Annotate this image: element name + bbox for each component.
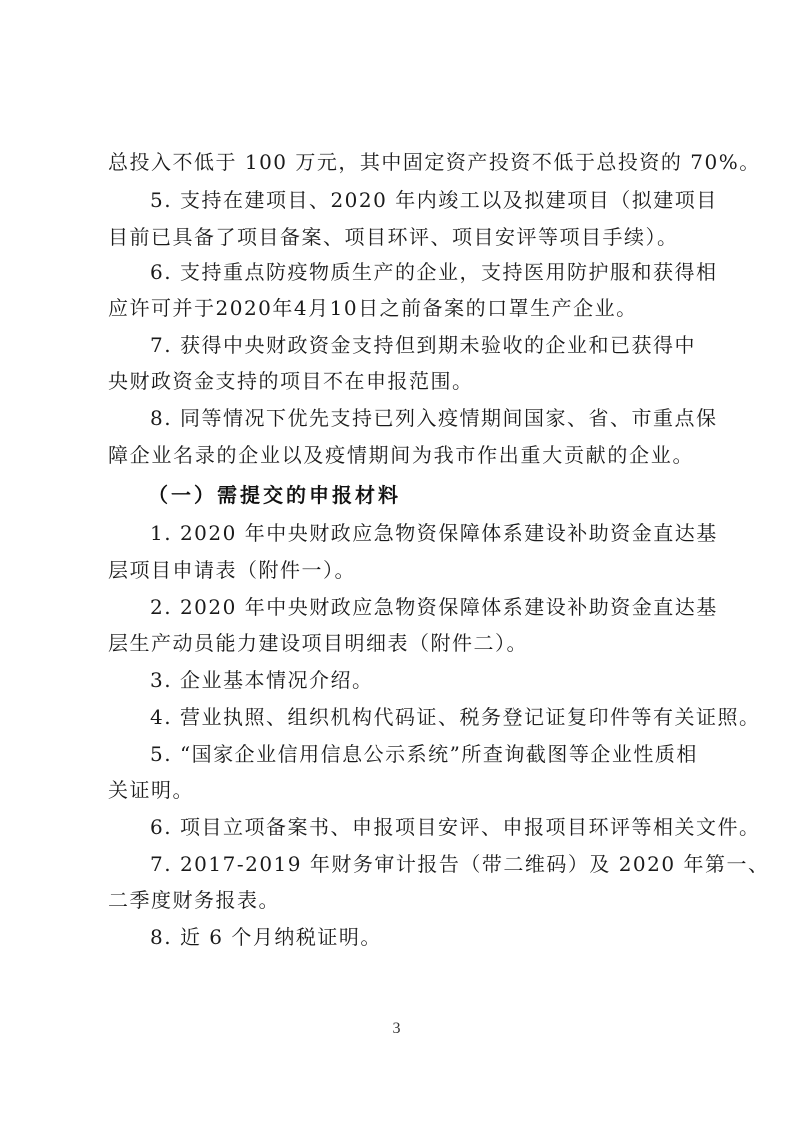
list-item-line: 二季度财务报表。 [108, 882, 694, 918]
document-page: 总投入不低于 100 万元，其中固定资产投资不低于总投资的 70%。 5. 支持… [0, 0, 793, 1122]
page-number: 3 [0, 1020, 793, 1038]
list-item-line: 6. 项目立项备案书、申报项目安评、申报项目环评等相关文件。 [150, 809, 694, 845]
section-heading: （一）需提交的申报材料 [148, 477, 401, 513]
paragraph-line: 总投入不低于 100 万元，其中固定资产投资不低于总投资的 70%。 [108, 144, 694, 180]
list-item-line: 2. 2020 年中央财政应急物资保障体系建设补助资金直达基 [150, 589, 694, 625]
list-item-line: 3. 企业基本情况介绍。 [150, 662, 694, 698]
list-item-line: 7. 2017-2019 年财务审计报告（带二维码）及 2020 年第一、 [150, 846, 694, 882]
list-item-line: 8. 近 6 个月纳税证明。 [150, 919, 694, 955]
paragraph-line: 8. 同等情况下优先支持已列入疫情期间国家、省、市重点保 [150, 400, 694, 436]
list-item-line: 4. 营业执照、组织机构代码证、税务登记证复印件等有关证照。 [150, 699, 694, 735]
paragraph-line: 障企业名录的企业以及疫情期间为我市作出重大贡献的企业。 [108, 437, 694, 473]
list-item-line: 层生产动员能力建设项目明细表（附件二）。 [108, 625, 694, 661]
list-item-line: 5. “国家企业信用信息公示系统”所查询截图等企业性质相 [150, 736, 694, 772]
list-item-line: 层项目申请表（附件一）。 [108, 552, 694, 588]
paragraph-line: 7. 获得中央财政资金支持但到期未验收的企业和已获得中 [150, 327, 694, 363]
paragraph-line: 央财政资金支持的项目不在申报范围。 [108, 363, 694, 399]
list-item-line: 1. 2020 年中央财政应急物资保障体系建设补助资金直达基 [150, 515, 694, 551]
list-item-line: 关证明。 [108, 772, 694, 808]
paragraph-line: 目前已具备了项目备案、项目环评、项目安评等项目手续）。 [108, 219, 694, 255]
paragraph-line: 5. 支持在建项目、2020 年内竣工以及拟建项目（拟建项目 [150, 182, 694, 218]
paragraph-line: 6. 支持重点防疫物质生产的企业，支持医用防护服和获得相 [150, 254, 694, 290]
paragraph-line: 应许可并于2020年4月10日之前备案的口罩生产企业。 [108, 290, 694, 326]
